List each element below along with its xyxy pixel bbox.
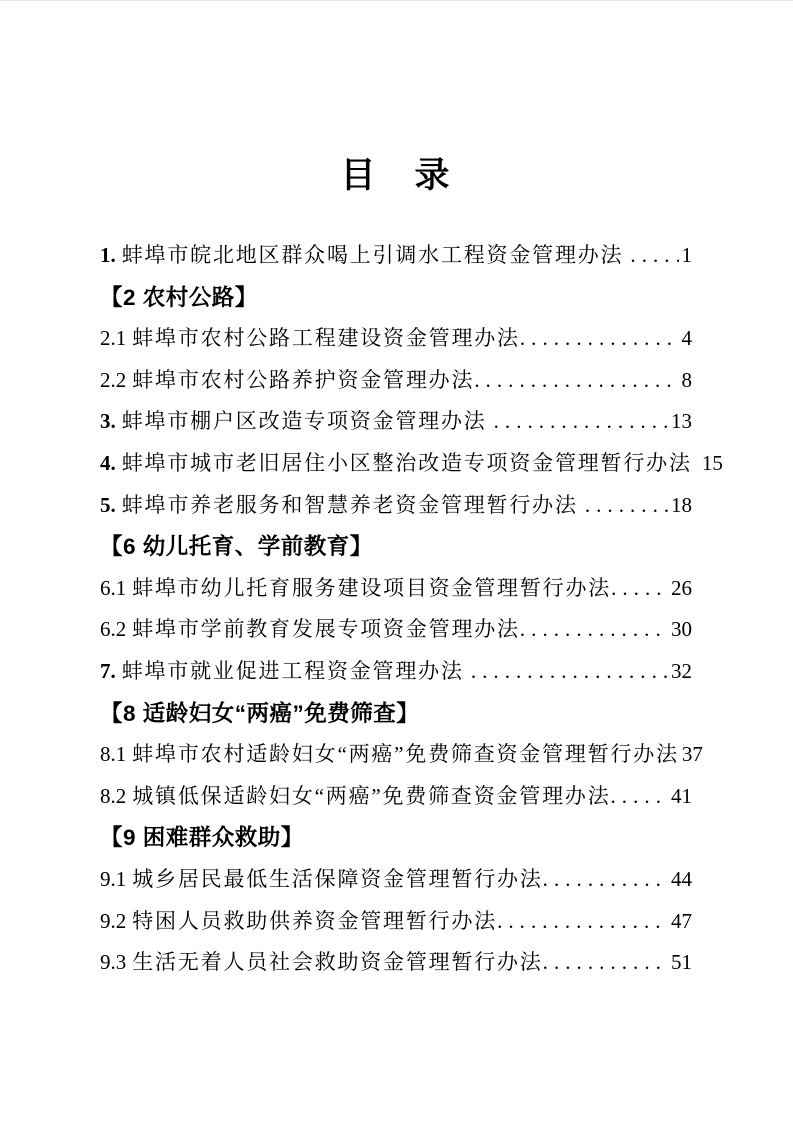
entry-number: 2.2 [100, 360, 126, 402]
entry-page-number: 37 [682, 734, 703, 776]
dot-leader: . . . . . . . . . . . . . . . . . . . . … [494, 401, 668, 443]
entry-title: 蚌埠市农村公路养护资金管理办法 [132, 360, 474, 402]
dot-leader: . . . . . . . . . . . . . . . . . . . . … [520, 318, 679, 360]
entry-number: 7. [100, 651, 116, 693]
entry-title: 城镇低保适龄妇女“两癌”免费筛查资金管理办法 [132, 776, 610, 818]
entry-page-number: 51 [671, 942, 692, 984]
entry-page-number: 26 [671, 568, 692, 610]
entry-title: 蚌埠市养老服务和智慧养老资金管理暂行办法 [122, 485, 585, 527]
entry-number: 9.2 [100, 901, 126, 943]
toc-entry: 2.2 蚌埠市农村公路养护资金管理办法 . . . . . . . . . . … [100, 360, 692, 402]
dot-leader: . . . . . . . . . . . . . . . . . . . . … [471, 651, 668, 693]
entry-title: 蚌埠市皖北地区群众喝上引调水工程资金管理办法 [122, 235, 631, 277]
entry-number: 5. [100, 485, 116, 527]
entry-title: 蚌埠市城市老旧居住小区整治改造专项资金管理暂行办法 [122, 443, 699, 485]
entry-title: 蚌埠市棚户区改造专项资金管理办法 [122, 401, 494, 443]
dot-leader: . . . . . . . . . . . . . . . . . . . . … [630, 235, 678, 277]
entry-number: 8.2 [100, 776, 126, 818]
toc-entry: 9.2 特困人员救助供养资金管理暂行办法 . . . . . . . . . .… [100, 901, 692, 943]
entry-page-number: 13 [671, 401, 692, 443]
toc-entry: 8.2 城镇低保适龄妇女“两癌”免费筛查资金管理办法 . . . . . . .… [100, 776, 692, 818]
entry-page-number: 15 [702, 443, 723, 485]
section-label: 【2 农村公路】 [100, 277, 258, 319]
entry-page-number: 44 [671, 859, 692, 901]
dot-leader: . . . . . . . . . . . . . . . . . . . . … [520, 609, 668, 651]
entry-number: 8.1 [100, 734, 126, 776]
section-label: 【9 困难群众救助】 [100, 817, 304, 859]
entry-number: 6.2 [100, 609, 126, 651]
toc-entry: 9.3 生活无着人员社会救助资金管理暂行办法 . . . . . . . . .… [100, 942, 692, 984]
entry-title: 生活无着人员社会救助资金管理暂行办法 [132, 942, 542, 984]
dot-leader: . . . . . . . . . . . . . . . . . . . . … [585, 485, 668, 527]
entry-number: 6.1 [100, 568, 126, 610]
toc-section-heading: 【8 适龄妇女“两癌”免费筛查】 [100, 693, 692, 735]
section-label: 【6 幼儿托育、学前教育】 [100, 526, 373, 568]
toc-entry: 6.2 蚌埠市学前教育发展专项资金管理办法 . . . . . . . . . … [100, 609, 692, 651]
entry-number: 4. [100, 443, 116, 485]
toc-list: 1. 蚌埠市皖北地区群众喝上引调水工程资金管理办法 . . . . . . . … [100, 235, 692, 984]
toc-entry: 6.1 蚌埠市幼儿托育服务建设项目资金管理暂行办法 . . . . . . . … [100, 568, 692, 610]
entry-title: 蚌埠市幼儿托育服务建设项目资金管理暂行办法 [132, 568, 611, 610]
dot-leader: . . . . . . . . . . . . . . . . . . . . … [543, 859, 668, 901]
entry-title: 城乡居民最低生活保障资金管理暂行办法 [132, 859, 542, 901]
section-label: 【8 适龄妇女“两癌”免费筛查】 [100, 693, 419, 735]
toc-entry: 7. 蚌埠市就业促进工程资金管理办法 . . . . . . . . . . .… [100, 651, 692, 693]
entry-title: 蚌埠市农村公路工程建设资金管理办法 [132, 318, 520, 360]
entry-page-number: 41 [671, 776, 692, 818]
entry-number: 1. [100, 235, 116, 277]
entry-title: 蚌埠市农村适龄妇女“两癌”免费筛查资金管理暂行办法 [132, 734, 679, 776]
page-title: 目 录 [100, 1, 692, 195]
entry-page-number: 30 [671, 609, 692, 651]
dot-leader: . . . . . . . . . . . . . . . . . . . . … [474, 360, 678, 402]
entry-number: 3. [100, 401, 116, 443]
dot-leader: . . . . . . . . . . . . . . . . . . . . … [543, 942, 668, 984]
toc-entry: 5. 蚌埠市养老服务和智慧养老资金管理暂行办法 . . . . . . . . … [100, 485, 692, 527]
entry-page-number: 47 [671, 901, 692, 943]
toc-entry: 8.1 蚌埠市农村适龄妇女“两癌”免费筛查资金管理暂行办法 . . . . . … [100, 734, 692, 776]
entry-title: 蚌埠市就业促进工程资金管理办法 [122, 651, 471, 693]
entry-page-number: 8 [682, 360, 693, 402]
entry-page-number: 1 [682, 235, 693, 277]
toc-entry: 4. 蚌埠市城市老旧居住小区整治改造专项资金管理暂行办法 . . . . . .… [100, 443, 692, 485]
entry-title: 特困人员救助供养资金管理暂行办法 [132, 901, 497, 943]
toc-entry: 3. 蚌埠市棚户区改造专项资金管理办法 . . . . . . . . . . … [100, 401, 692, 443]
toc-entry: 1. 蚌埠市皖北地区群众喝上引调水工程资金管理办法 . . . . . . . … [100, 235, 692, 277]
dot-leader: . . . . . . . . . . . . . . . . . . . . … [497, 901, 668, 943]
toc-entry: 2.1 蚌埠市农村公路工程建设资金管理办法 . . . . . . . . . … [100, 318, 692, 360]
entry-title: 蚌埠市学前教育发展专项资金管理办法 [132, 609, 520, 651]
toc-section-heading: 【6 幼儿托育、学前教育】 [100, 526, 692, 568]
entry-number: 2.1 [100, 318, 126, 360]
entry-number: 9.3 [100, 942, 126, 984]
toc-entry: 9.1 城乡居民最低生活保障资金管理暂行办法 . . . . . . . . .… [100, 859, 692, 901]
dot-leader: . . . . . . . . . . . . . . . . . . . . … [611, 776, 669, 818]
toc-section-heading: 【2 农村公路】 [100, 277, 692, 319]
entry-page-number: 32 [671, 651, 692, 693]
entry-page-number: 4 [682, 318, 693, 360]
entry-number: 9.1 [100, 859, 126, 901]
toc-section-heading: 【9 困难群众救助】 [100, 817, 692, 859]
document-page: 目 录 1. 蚌埠市皖北地区群众喝上引调水工程资金管理办法 . . . . . … [0, 0, 793, 1122]
dot-leader: . . . . . . . . . . . . . . . . . . . . … [611, 568, 668, 610]
entry-page-number: 18 [671, 485, 692, 527]
